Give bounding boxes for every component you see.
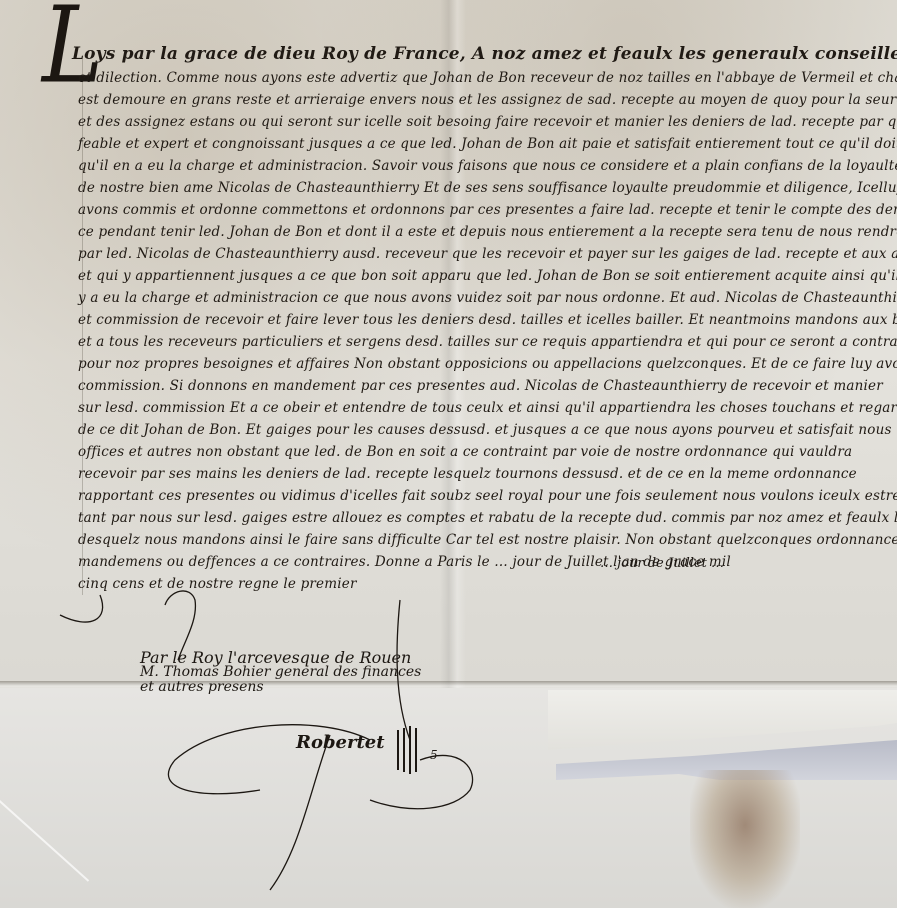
brown-stain	[690, 770, 800, 908]
parchment-document: L Loys par la grace de dieu Roy de Franc…	[0, 0, 897, 908]
secretary-signature: Robertet	[296, 732, 385, 753]
signet-number: 5	[430, 748, 438, 762]
